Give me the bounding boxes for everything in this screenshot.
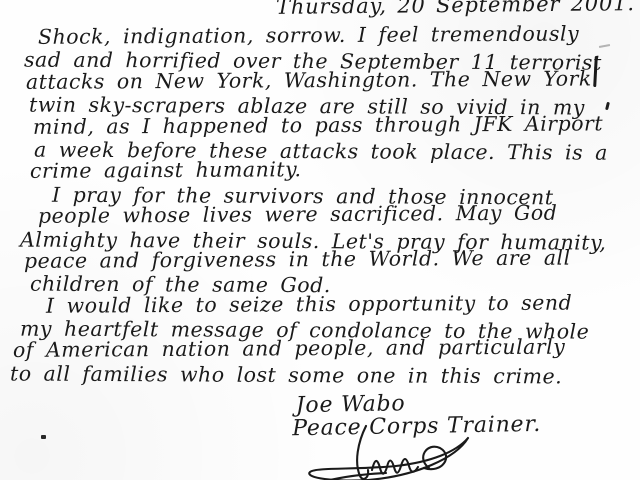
letter-line: of American nation and people, and parti… bbox=[8, 336, 638, 362]
letter-line: crime against humanity. bbox=[8, 156, 638, 182]
signature-scrawl-icon bbox=[296, 424, 488, 480]
letter-body: Shock, indignation, sorrow. I feel treme… bbox=[8, 26, 638, 384]
letter-line: to all families who lost some one in thi… bbox=[8, 362, 638, 388]
letter-line: I would like to seize this opportunity t… bbox=[8, 291, 638, 317]
date-line: Thursday, 20 September 2001. bbox=[276, 0, 635, 19]
letter-line: Shock, indignation, sorrow. I feel treme… bbox=[8, 22, 638, 48]
letter-page: Thursday, 20 September 2001. Shock, indi… bbox=[0, 0, 640, 480]
stray-ink-dot bbox=[41, 435, 46, 439]
letter-line: attacks on New York, Washington. The New… bbox=[8, 67, 638, 93]
letter-line: mind, as I happened to pass through JFK … bbox=[8, 112, 638, 138]
letter-line: people whose lives were sacrificed. May … bbox=[8, 201, 638, 227]
letter-line: peace and forgiveness in the World. We a… bbox=[8, 246, 638, 272]
